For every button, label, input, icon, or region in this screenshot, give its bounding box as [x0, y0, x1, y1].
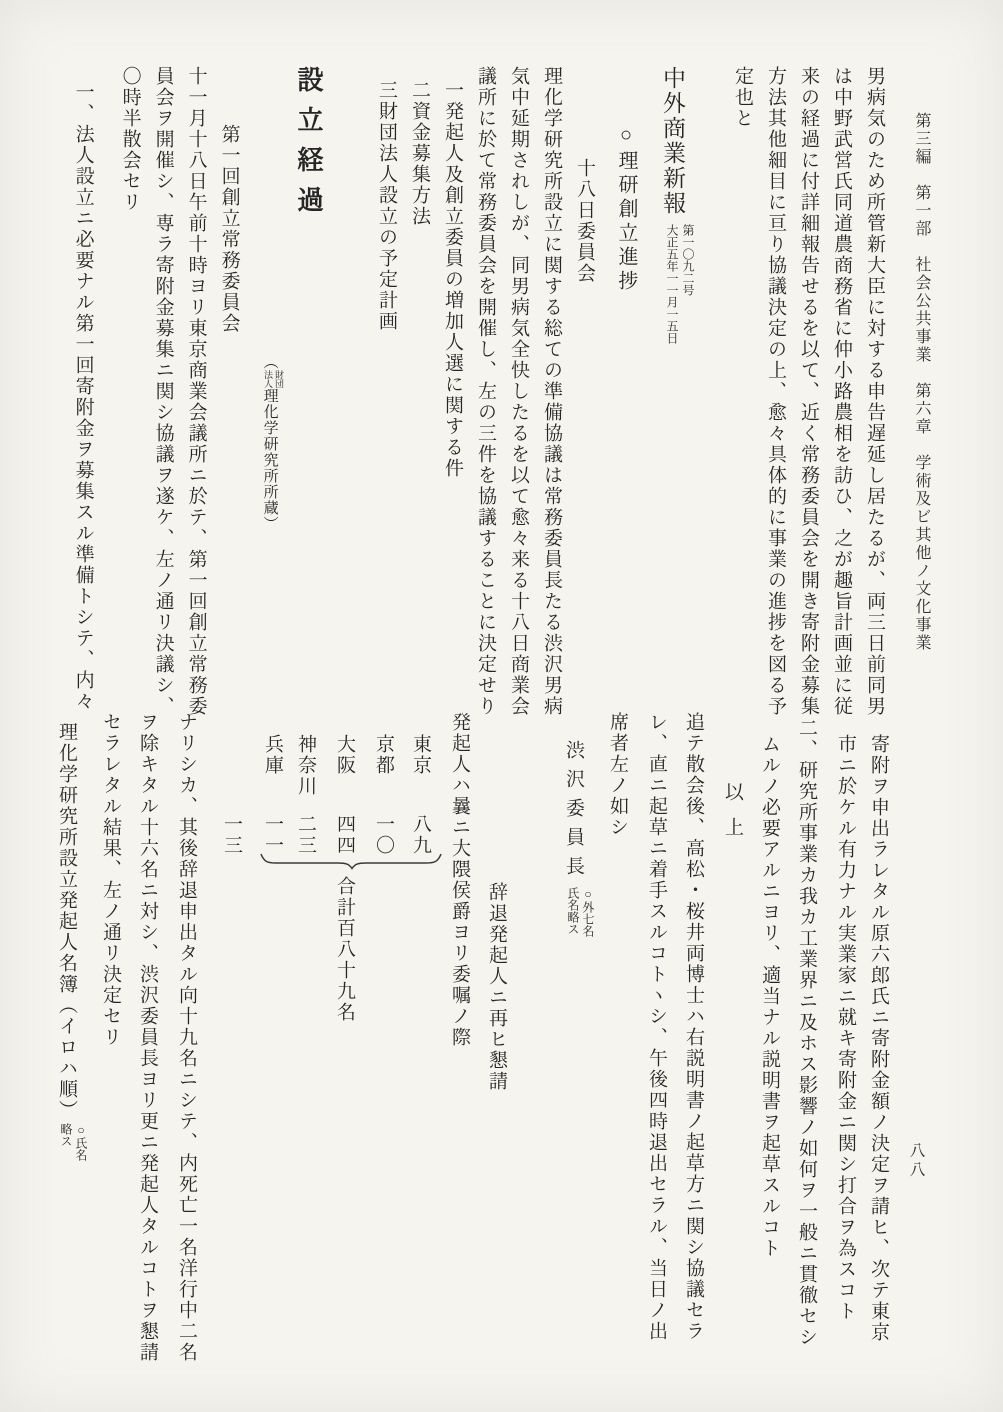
source-note-line2: 法人	[262, 370, 273, 388]
prefecture-count: 二三	[295, 814, 316, 856]
prefecture-row: 一三	[215, 712, 248, 1402]
chairman-name: 渋沢委員長	[563, 740, 584, 885]
meeting-heading: 第一回創立常務委員会	[213, 66, 246, 684]
roster-title-text: 理化学研究所設立発起人名簿（イロハ順）	[56, 722, 77, 1121]
article-headline: ○理研創立進捗	[609, 66, 642, 684]
resolution-item: 一、法人設立ニ必要ナル第一回寄附金ヲ募集スル準備トシテ、内々	[67, 66, 100, 684]
body-column: 議所に於て常務委員会を開催し、左の三件を協議することに決定せり	[469, 66, 502, 684]
body-column: 席者左ノ如シ	[601, 712, 634, 1402]
attendee-line: 渋沢委員長○外七名氏名略ス	[557, 712, 595, 1402]
source-note: （財団法人理化学研究所所蔵）	[258, 66, 284, 684]
body-column: 気中延期されしが、同男病気全快したるを以て愈々来る十八日商業会	[502, 66, 535, 684]
body-column: 男病気のため所管新大臣に対する申告遅延し居たるが、両三日前同男	[858, 66, 891, 684]
body-column: 方法其他細目に亘り協議決定の上、愈々具体的に事業の進捗を図る予	[759, 66, 792, 684]
roster-title: 理化学研究所設立発起人名簿（イロハ順）○氏名略ス	[50, 712, 88, 1402]
prefecture-label: 東京	[404, 734, 437, 814]
body-column: ムルノ必要アルニヨリ、適当ナル説明書ヲ起草スルコト	[753, 712, 786, 1402]
group-brace	[260, 851, 444, 871]
prefecture-count: 八九	[410, 814, 431, 856]
closing-mark: 以上	[716, 712, 749, 1402]
body-column: 十一月十八日午前十時ヨリ東京商業会議所ニ於テ、第一回創立常務委	[180, 66, 213, 684]
section-heading: 設立経過	[284, 66, 332, 684]
newspaper-issue: 第一〇九二号	[680, 224, 696, 344]
total-count: 合計百八十九名	[328, 876, 361, 1023]
body-column: ナリシカ、其後辞退申出タル向十九名ニシテ、内死亡一名洋行中二名	[170, 712, 203, 1402]
body-column: 理化学研究所設立に関する総ての準備協議は常務委員長たる渋沢男病	[535, 66, 568, 684]
body-column: 寄附ヲ申出ラレタル原六郎氏ニ寄附金額ノ決定ヲ請ヒ、次テ東京	[862, 712, 895, 1402]
prefecture-row: 兵庫一一	[256, 712, 289, 1402]
body-column: 発起人ハ曩ニ大隈侯爵ヨリ委嘱ノ際	[443, 712, 476, 1402]
scanned-document-page: 第三編 第一部 社会公共事業 第六章 学術及ビ其他ノ文化事業 八八 男病気のため…	[0, 0, 1003, 1412]
body-column: 員会ヲ開催シ、専ラ寄附金募集ニ関シ協議ヲ遂ケ、左ノ通リ決議シ、	[147, 66, 180, 684]
source-note-line1: 財団	[273, 370, 284, 388]
attendee-note: ○外七名氏名略ス	[565, 887, 595, 937]
roster-note: ○氏名略ス	[58, 1123, 88, 1161]
prefecture-label: 兵庫	[256, 734, 289, 814]
prefecture-count: 一〇	[373, 814, 394, 856]
newspaper-date: 大正五年一一月一五日	[664, 224, 680, 344]
prefecture-label: 大阪	[328, 734, 361, 814]
body-column: 定也と	[726, 66, 759, 684]
prefecture-row: 大阪四四合計百八十九名	[328, 712, 361, 1402]
agenda-item: 二資金募集方法	[403, 66, 436, 684]
prefecture-row: 京都一〇	[367, 712, 400, 1402]
body-column: ヲ除キタル十六名ニ対シ、渋沢委員長ヨリ更ニ発起人タルコトヲ懇請	[131, 712, 164, 1402]
page-number: 八八	[904, 1142, 927, 1180]
source-note-paren: （	[262, 354, 278, 370]
lower-text-block: 寄附ヲ申出ラレタル原六郎氏ニ寄附金額ノ決定ヲ請ヒ、次テ東京 市ニ於ケル有力ナル実…	[50, 712, 895, 1402]
newspaper-citation: 第一〇九二号大正五年一一月一五日	[664, 224, 696, 344]
resolution-item: 二、研究所事業カ我カ工業界ニ及ホス影響ノ如何ヲ一般ニ貫徹セシ	[790, 712, 823, 1402]
body-column: セラレタル結果、左ノ通リ決定セリ	[94, 712, 127, 1402]
prefecture-row: 東京八九	[404, 712, 437, 1402]
source-note-warichu: 財団法人	[262, 370, 284, 388]
body-column: 〇時半散会セリ	[114, 66, 147, 684]
agenda-item: 三財団法人設立の予定計画	[370, 66, 403, 684]
prefecture-label: 京都	[367, 734, 400, 814]
prefecture-row: 神奈川二三	[289, 712, 322, 1402]
article-subheadline: 十八日委員会	[568, 66, 601, 684]
attendee-note-line1: ○外七名	[580, 887, 595, 937]
decline-heading: 辞退発起人ニ再ヒ懇請	[480, 712, 513, 1402]
roster-note-line1: ○氏名	[73, 1123, 88, 1161]
newspaper-name: 中外商業新報	[660, 66, 685, 216]
newspaper-title: 中外商業新報第一〇九二号大正五年一一月一五日	[652, 66, 696, 684]
prefecture-count: 一三	[221, 814, 242, 856]
attendee-note-line2: 氏名略ス	[565, 887, 580, 937]
body-column: 市ニ於ケル有力ナル実業家ニ就キ寄附金ニ関シ打合ヲ為スコト	[829, 712, 862, 1402]
body-column: レ、直ニ起草ニ着手スルコトヽシ、午後四時退出セラル、当日ノ出	[640, 712, 673, 1402]
body-column: は中野武営氏同道農商務省に仲小路農相を訪ひ、之が趣旨計画並に従	[825, 66, 858, 684]
upper-text-block: 男病気のため所管新大臣に対する申告遅延し居たるが、両三日前同男 は中野武営氏同道…	[67, 66, 891, 684]
body-column: 追テ散会後、高松・桜井両博士ハ右説明書ノ起草方ニ関シ協議セラ	[677, 712, 710, 1402]
agenda-item: 一発起人及創立委員の増加人選に関する件	[436, 66, 469, 684]
source-note-text: 理化学研究所所蔵）	[262, 388, 278, 532]
prefecture-label: 神奈川	[289, 734, 322, 814]
running-head: 第三編 第一部 社会公共事業 第六章 学術及ビ其他ノ文化事業	[910, 112, 933, 652]
roster-note-line2: 略ス	[58, 1123, 73, 1161]
body-column: 来の経過に付詳細報告せるを以て、近く常務委員会を開き寄附金募集	[792, 66, 825, 684]
prefecture-count: 一一	[262, 814, 283, 856]
prefecture-count: 四四	[334, 814, 355, 856]
